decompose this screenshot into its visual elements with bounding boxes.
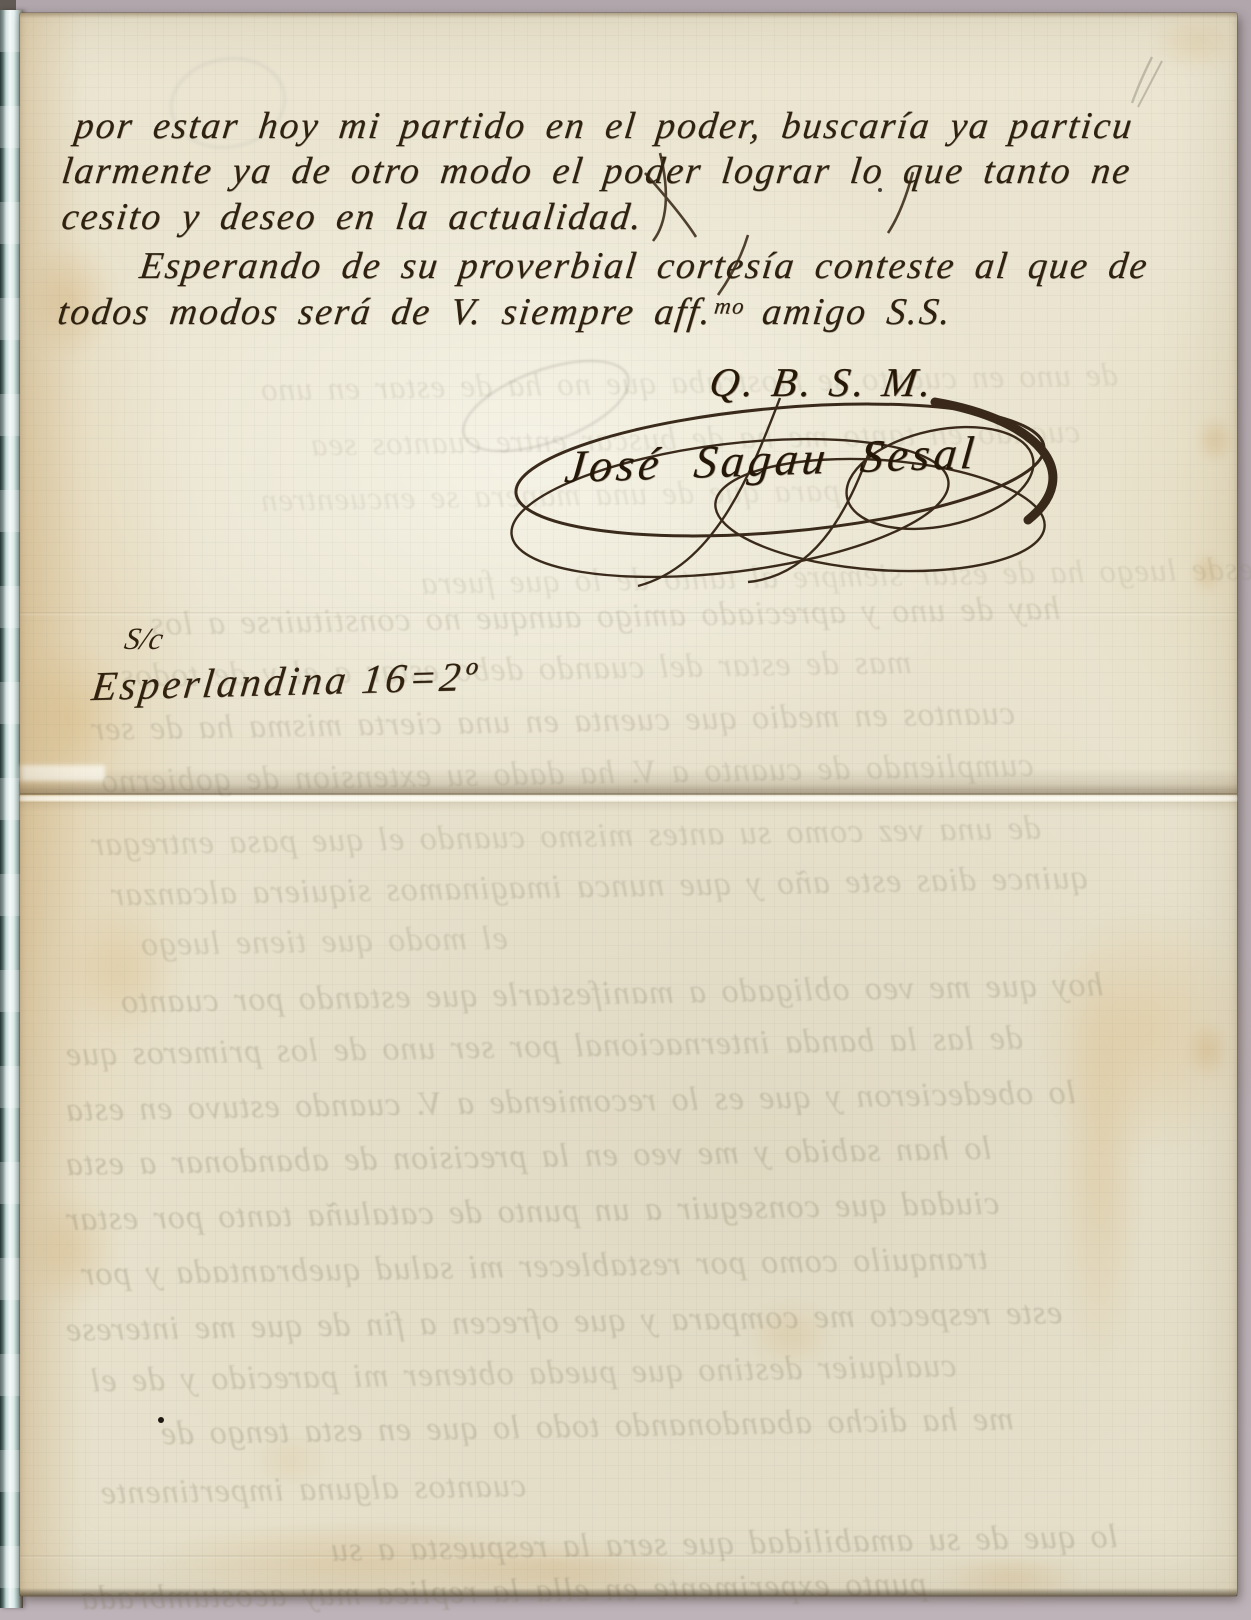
- fold-crease-highlight: [20, 796, 1237, 801]
- scanned-letter-scene: de uno en cuanto se mostraba que no ha d…: [0, 0, 1251, 1620]
- bleedthrough-line: lo que de su amabilidad que sera la resp…: [330, 1518, 1119, 1570]
- fold-crease-shadow: [20, 768, 1237, 794]
- stain: [1060, 950, 1140, 1380]
- bleedthrough-line: de las la banda internacional por ser un…: [65, 1020, 1024, 1075]
- address-abbrev: S/c: [122, 621, 166, 657]
- stain: [745, 1300, 835, 1370]
- bleedthrough-line: lo han sabido y me veo en la precision d…: [65, 1130, 992, 1184]
- stain: [1195, 415, 1235, 465]
- address-line: Esperlandina 16=2º: [89, 652, 481, 710]
- paper-top-edge: [20, 13, 1237, 18]
- stain: [1030, 900, 1251, 1160]
- stain: [1185, 1020, 1230, 1080]
- bleedthrough-line: tranquilo como por restablecer mi salud …: [80, 1240, 988, 1294]
- bleedthrough-line: de una vez como su antes mismo cuando el…: [90, 810, 1042, 865]
- fold-crease-aftershadow: [20, 802, 1237, 812]
- letter-line-4: Esperando de su proverbial cortesía cont…: [137, 244, 1151, 288]
- valediction-qbsm: Q. B. S. M.: [707, 358, 939, 406]
- faint-crease-lower: [20, 1555, 1237, 1559]
- bleedthrough-line: cumpliendo de cuanto a V. ha dado su ext…: [100, 747, 1034, 801]
- bleedthrough-line: ciudad que conseguir a un punto de catal…: [65, 1185, 1000, 1239]
- stain: [20, 1190, 120, 1310]
- bleedthrough-line: cualquier destino que pueda obtener mi p…: [90, 1347, 957, 1400]
- bleedthrough-line: este respecto me compara y que ofrecen a…: [65, 1294, 1063, 1349]
- bleedthrough-line: el modo que tiene luego: [140, 920, 508, 964]
- fold-crease-line: [20, 793, 1237, 795]
- letter-line-2: larmente ya de otro modo el poder lograr…: [59, 149, 1134, 193]
- bleedthrough-line: lo obedecieron y que es lo recomiende a …: [65, 1074, 1077, 1130]
- bleedthrough-line: me ha dicho abandonando todo lo que en e…: [160, 1401, 1014, 1454]
- stain: [250, 1430, 330, 1490]
- bleedthrough-line: cuantos alguna impertinente: [100, 1467, 527, 1512]
- paper-bottom-edge: [20, 1588, 1237, 1596]
- letter-line-3: cesito y deseo en la actualidad.: [59, 195, 645, 239]
- letter-page: de uno en cuanto se mostraba que no ha d…: [20, 13, 1237, 1596]
- stain: [60, 900, 180, 1040]
- stain: [1150, 13, 1240, 73]
- letter-line-1: por estar hoy mi partido en el poder, bu…: [72, 104, 1136, 148]
- signature-name: José Sagau Sesal: [562, 426, 980, 494]
- bleedthrough-line: hoy que me veo obligado a manifestarle q…: [120, 966, 1104, 1021]
- ink-speck: [158, 1417, 164, 1423]
- faint-crease-upper: [20, 612, 1237, 616]
- bleedthrough-line: hay de uno y apreciado amigo aunque no c…: [150, 590, 1061, 644]
- bleedthrough-line: quince dias este año y que nunca imagina…: [110, 859, 1088, 914]
- fold-crease-left-gap: [20, 765, 105, 781]
- left-edge-yellowing: [20, 13, 84, 1596]
- bleedthrough-line: que desde luego ha de estar siempre al t…: [420, 550, 1251, 603]
- bleedthrough-line: de uno en cuanto se mostraba que no ha d…: [260, 358, 1119, 410]
- letter-line-5: todos modos será de V. siempre aff.ᵐᵒ am…: [55, 290, 954, 334]
- stain: [1190, 550, 1225, 595]
